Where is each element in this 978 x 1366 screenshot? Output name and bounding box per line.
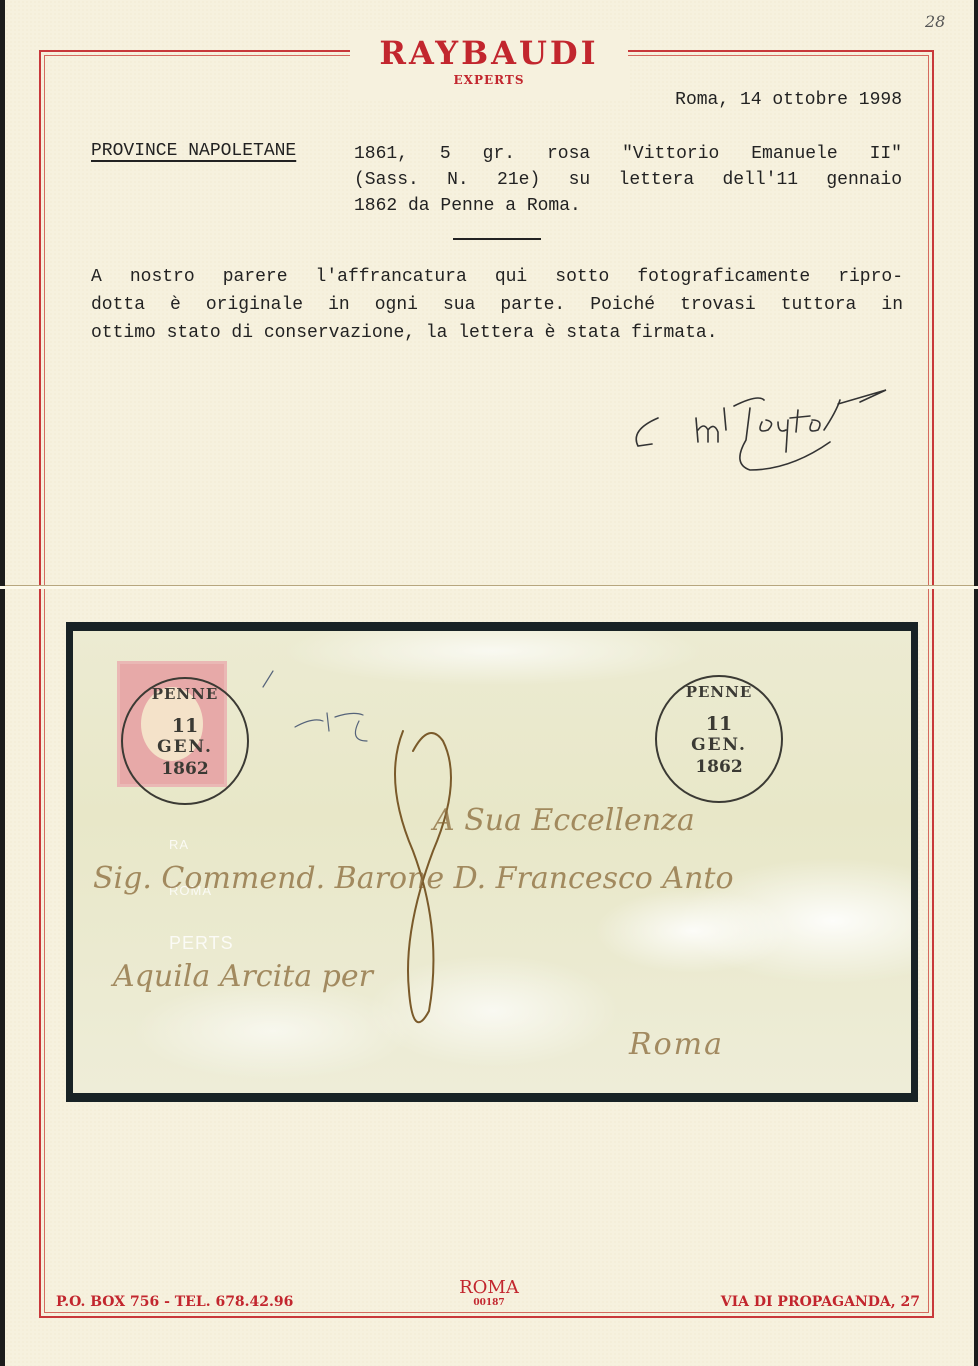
description-line: 1861, 5 gr. rosa "Vittorio Emanuele II"	[354, 141, 902, 167]
opinion-line: dotta è originale in ogni sua parte. Poi…	[91, 291, 903, 319]
opinion-line: ottimo stato di conservazione, la letter…	[91, 319, 903, 347]
expert-opinion: A nostro parere l'affrancatura qui sotto…	[91, 263, 903, 347]
handwritten-address: A Sua Eccellenza Sig. Commend. Barone D.…	[73, 631, 911, 1093]
address-line: Roma	[629, 1027, 724, 1062]
certificate-subject: PROVINCE NAPOLETANE	[91, 141, 296, 161]
address-line: Aquila Arcita per	[113, 959, 373, 994]
cover-photo: PENNE 11 GEN. 1862 PENNE 11 GEN. 1862 RA…	[66, 622, 918, 1102]
description-line: (Sass. N. 21e) su lettera dell'11 gennai…	[354, 167, 902, 193]
paper-fold-line	[5, 585, 974, 586]
opinion-line: A nostro parere l'affrancatura qui sotto…	[91, 263, 903, 291]
description-line: 1862 da Penne a Roma.	[354, 193, 902, 219]
footer-address: VIA DI PROPAGANDA, 27	[721, 1294, 920, 1310]
folded-letter-cover: PENNE 11 GEN. 1862 PENNE 11 GEN. 1862 RA…	[73, 631, 911, 1093]
expert-signature	[600, 360, 900, 480]
address-line: Sig. Commend. Barone D. Francesco Anto	[93, 861, 734, 896]
letterhead-subtitle: EXPERTS	[0, 73, 978, 87]
address-line: A Sua Eccellenza	[433, 803, 695, 838]
page-number-note: 28	[925, 12, 945, 31]
place-date: Roma, 14 ottobre 1998	[675, 90, 902, 110]
paper-fold-highlight	[0, 586, 978, 589]
stamp-description: 1861, 5 gr. rosa "Vittorio Emanuele II" …	[354, 141, 902, 219]
letterhead-brand: RAYBAUDI	[0, 34, 978, 72]
section-divider	[453, 238, 541, 240]
